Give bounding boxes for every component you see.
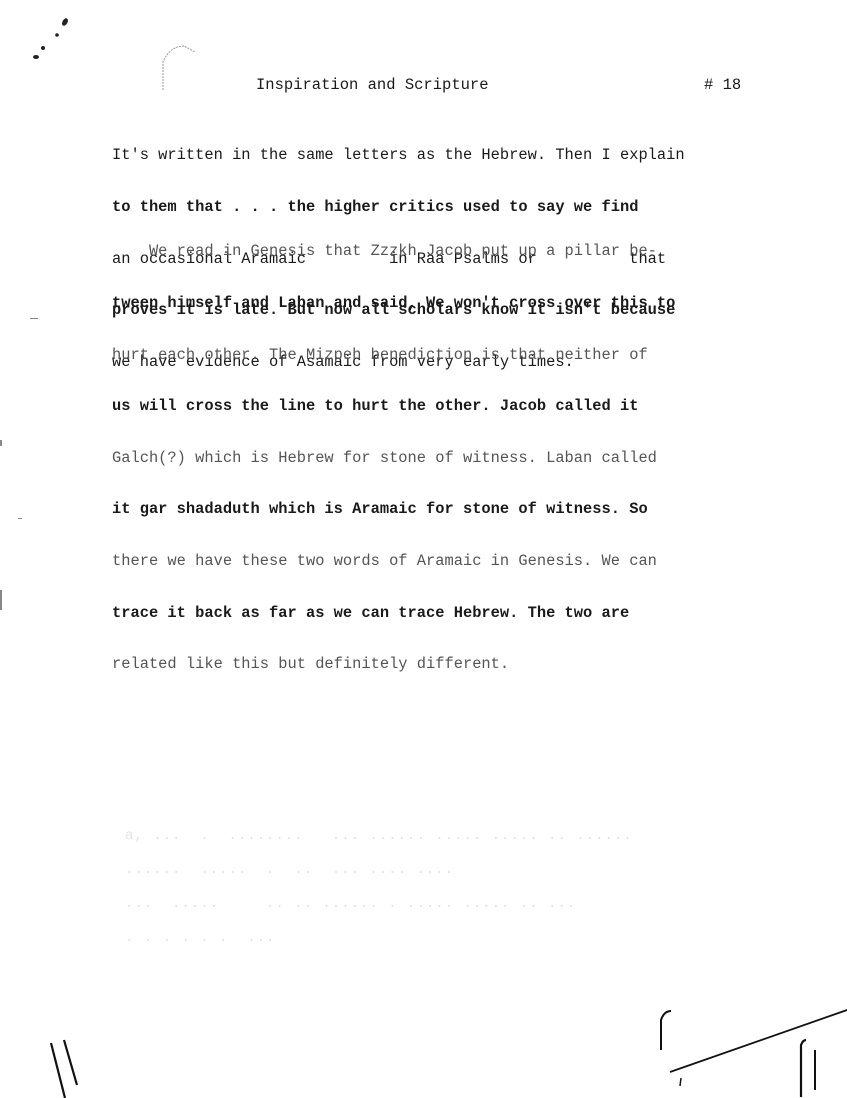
text-line: there we have these two words of Aramaic… [112, 553, 772, 570]
top-staple-mark-icon [163, 46, 195, 90]
text-line: it gar shadaduth which is Aramaic for st… [112, 501, 772, 518]
page-number: # 18 [704, 76, 741, 94]
text-line: related like this but definitely differe… [112, 656, 772, 673]
text-line: Galch(?) which is Hebrew for stone of wi… [112, 450, 772, 467]
ghost-line: ... ..... .. .. ...... . ..... ..... .. … [125, 896, 645, 912]
text-line: us will cross the line to hurt the other… [112, 398, 772, 415]
ghost-line: ...... ..... . .. ... .... .... [125, 862, 645, 878]
bottom-left-marks-icon [51, 1040, 77, 1098]
ghost-line: . . . . . . ... [125, 930, 645, 946]
text-line: trace it back as far as we can trace Heb… [112, 605, 772, 622]
paragraph-2: We read in Genesis that Zzzkh Jacob put … [112, 209, 772, 691]
text-line: We read in Genesis that Zzzkh Jacob put … [112, 243, 772, 260]
top-left-specks-icon [33, 17, 69, 59]
left-edge-specks-icon [0, 318, 38, 610]
document-title: Inspiration and Scripture [256, 76, 489, 94]
text-line: It's written in the same letters as the … [112, 147, 772, 164]
text-line: hurt each other. The Mizpeh benediction … [112, 347, 772, 364]
text-line: tween himself and Laban and said, We won… [112, 295, 772, 312]
bottom-right-marks-icon [661, 1010, 847, 1097]
ghost-line: a, ... . ........ ... ...... ..... .....… [125, 828, 645, 844]
